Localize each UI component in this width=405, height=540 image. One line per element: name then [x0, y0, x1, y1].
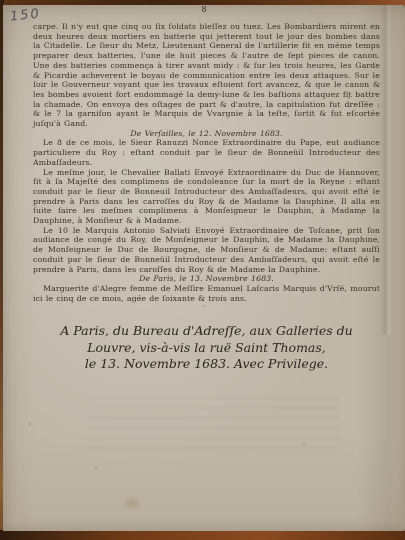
dateline-paris: De Paris, le 13. Novembre 1683.: [33, 274, 380, 284]
reverse-side-show-through: [88, 397, 338, 457]
imprint-line-3: le 13. Novembre 1683. Avec Privilege.: [33, 356, 380, 373]
body-paragraph-siege-continuation: carpe. Il n'y eut que cinq ou ſix ſoldat…: [33, 22, 380, 129]
paper-stain: [121, 495, 143, 511]
dateline-versailles: De Verſailles, le 12. Novembre 1683.: [33, 129, 380, 139]
imprint-line-2: Louvre, vis-à-vis la ruë Saint Thomas,: [33, 340, 380, 357]
body-paragraph-nonce-audience: Le 8 de ce mois, le Sieur Ranuzzi Nonce …: [33, 138, 380, 167]
gazette-page: 150 8 carpe. Il n'y eut que cinq ou ſix …: [3, 5, 405, 531]
scanned-book-photo: 150 8 carpe. Il n'y eut que cinq ou ſix …: [0, 0, 405, 540]
paper-specks: [3, 5, 5, 7]
paper-crease: [380, 5, 392, 335]
body-paragraph-ballati-condolences: Le meſme jour, le Chevalier Ballati Envo…: [33, 168, 380, 226]
imprint-line-1: A Paris, du Bureau d'Adreſſe, aux Galler…: [33, 323, 380, 340]
page-number: 8: [3, 5, 405, 14]
desk-edge-bottom: [0, 530, 405, 540]
body-paragraph-salviati-farewell: Le 10 le Marquis Antonio Salviati Envoyé…: [33, 226, 380, 275]
body-text-block: carpe. Il n'y eut que cinq ou ſix ſoldat…: [33, 22, 380, 303]
body-paragraph-obituary: Marguerite d'Alegre femme de Meſſire Ema…: [33, 284, 380, 303]
printer-imprint: A Paris, du Bureau d'Adreſſe, aux Galler…: [33, 323, 380, 373]
